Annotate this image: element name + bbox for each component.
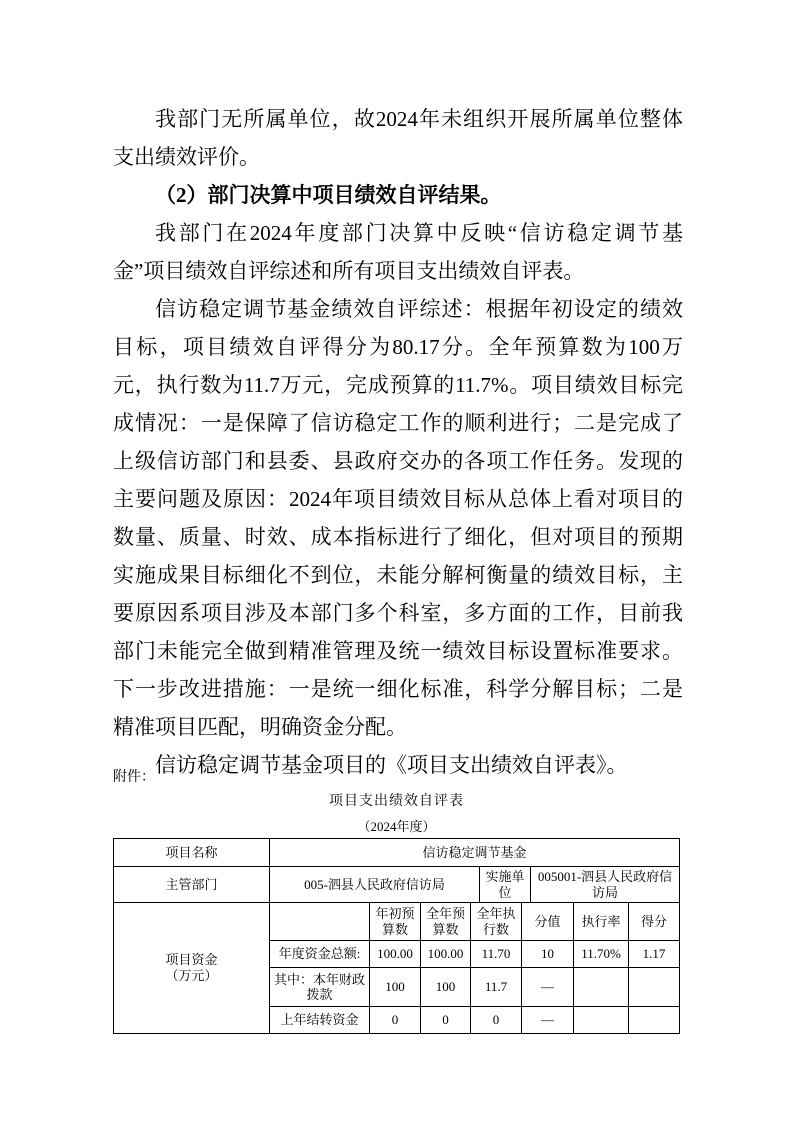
body-line: 支出绩效评价。 <box>113 138 683 176</box>
value-cell: — <box>522 1007 574 1034</box>
value-cell: 100.00 <box>421 941 471 968</box>
value-cell: 100 <box>421 968 471 1007</box>
body-line: 我部门无所属单位，故2024年未组织开展所属单位整体 <box>113 100 683 138</box>
value-cell: 11.70% <box>574 941 629 968</box>
fund-rows: 年初预算数 全年预算数 全年执行数 分值 执行率 得分 年度资金总额: 100.… <box>270 903 680 1034</box>
row-label-cell: 上年结转资金 <box>270 1007 370 1034</box>
value-cell <box>574 1007 629 1034</box>
body-line: 部门未能完全做到精准管理及统一绩效目标设置标准要求。 <box>113 632 683 670</box>
value-cell <box>629 968 680 1007</box>
body-line: 金”项目绩效自评综述和所有项目支出绩效自评表。 <box>113 252 683 290</box>
section-heading: （2）部门决算中项目绩效自评结果。 <box>113 176 683 214</box>
body-line: 数量、质量、时效、成本指标进行了细化，但对项目的预期 <box>113 518 683 556</box>
body-line: 下一步改进措施：一是统一细化标准，科学分解目标；二是 <box>113 670 683 708</box>
value-cell <box>629 1007 680 1034</box>
table-header-row: 年初预算数 全年预算数 全年执行数 分值 执行率 得分 <box>270 903 680 941</box>
header-cell: 分值 <box>522 903 574 941</box>
header-cell: 年初预算数 <box>370 903 421 941</box>
table-row-project-name: 项目名称 信访稳定调节基金 <box>114 839 680 867</box>
impl-value-cell: 005001-泗县人民政府信访局 <box>531 867 680 903</box>
body-line: 上级信访部门和县委、县政府交办的各项工作任务。发现的 <box>113 442 683 480</box>
project-name-value-cell: 信访稳定调节基金 <box>270 839 680 867</box>
fund-group-label-line1: 项目资金 <box>165 952 217 968</box>
dept-label-cell: 主管部门 <box>114 867 270 903</box>
header-cell: 全年执行数 <box>471 903 522 941</box>
table-fund-section: 项目资金 （万元） 年初预算数 全年预算数 全年执行数 分值 执行率 得分 年度… <box>114 903 680 1034</box>
value-cell: — <box>522 968 574 1007</box>
body-line: 我部门在2024年度部门决算中反映“信访稳定调节基 <box>113 214 683 252</box>
table-row: 上年结转资金 0 0 0 — <box>270 1007 680 1034</box>
value-cell: 11.7 <box>471 968 522 1007</box>
body-line: 成情况：一是保障了信访稳定工作的顺利进行；二是完成了 <box>113 404 683 442</box>
body-text: 我部门无所属单位，故2024年未组织开展所属单位整体 支出绩效评价。 （2）部门… <box>113 100 683 784</box>
body-line: 元，执行数为11.7万元，完成预算的11.7%。项目绩效目标完 <box>113 366 683 404</box>
table-subtitle: （2024年度） <box>0 819 793 834</box>
value-cell: 10 <box>522 941 574 968</box>
document-page: 我部门无所属单位，故2024年未组织开展所属单位整体 支出绩效评价。 （2）部门… <box>0 0 793 1122</box>
attachment-label: 附件： <box>113 770 155 786</box>
fund-group-label-cell: 项目资金 （万元） <box>114 903 270 1034</box>
body-line: 信访稳定调节基金绩效自评综述：根据年初设定的绩效 <box>113 290 683 328</box>
fund-group-label-line2: （万元） <box>165 968 217 984</box>
header-cell: 得分 <box>629 903 680 941</box>
header-empty-cell <box>270 903 370 941</box>
value-cell <box>574 968 629 1007</box>
value-cell: 0 <box>471 1007 522 1034</box>
table-row: 年度资金总额: 100.00 100.00 11.70 10 11.70% 1.… <box>270 941 680 968</box>
value-cell: 100 <box>370 968 421 1007</box>
dept-value-cell: 005-泗县人民政府信访局 <box>270 867 480 903</box>
self-eval-table: 项目名称 信访稳定调节基金 主管部门 005-泗县人民政府信访局 实施单位 00… <box>113 838 680 1034</box>
header-cell: 全年预算数 <box>421 903 471 941</box>
body-line: 要原因系项目涉及本部门多个科室，多方面的工作，目前我 <box>113 594 683 632</box>
value-cell: 0 <box>421 1007 471 1034</box>
value-cell: 1.17 <box>629 941 680 968</box>
body-line: 实施成果目标细化不到位，未能分解柯衡量的绩效目标，主 <box>113 556 683 594</box>
table-title: 项目支出绩效自评表 <box>0 794 793 810</box>
impl-label-cell: 实施单位 <box>480 867 531 903</box>
body-line: 主要问题及原因：2024年项目绩效目标从总体上看对项目的 <box>113 480 683 518</box>
body-line: 精准项目匹配，明确资金分配。 <box>113 708 683 746</box>
value-cell: 11.70 <box>471 941 522 968</box>
body-line: 信访稳定调节基金项目的《项目支出绩效自评表》。 <box>113 746 683 784</box>
project-name-label-cell: 项目名称 <box>114 839 270 867</box>
row-label-cell: 年度资金总额: <box>270 941 370 968</box>
table-row-departments: 主管部门 005-泗县人民政府信访局 实施单位 005001-泗县人民政府信访局 <box>114 867 680 903</box>
row-label-cell: 其中：本年财政拨款 <box>270 968 370 1007</box>
value-cell: 0 <box>370 1007 421 1034</box>
table-row: 其中：本年财政拨款 100 100 11.7 — <box>270 968 680 1007</box>
value-cell: 100.00 <box>370 941 421 968</box>
header-cell: 执行率 <box>574 903 629 941</box>
body-line: 目标，项目绩效自评得分为80.17分。全年预算数为100万 <box>113 328 683 366</box>
